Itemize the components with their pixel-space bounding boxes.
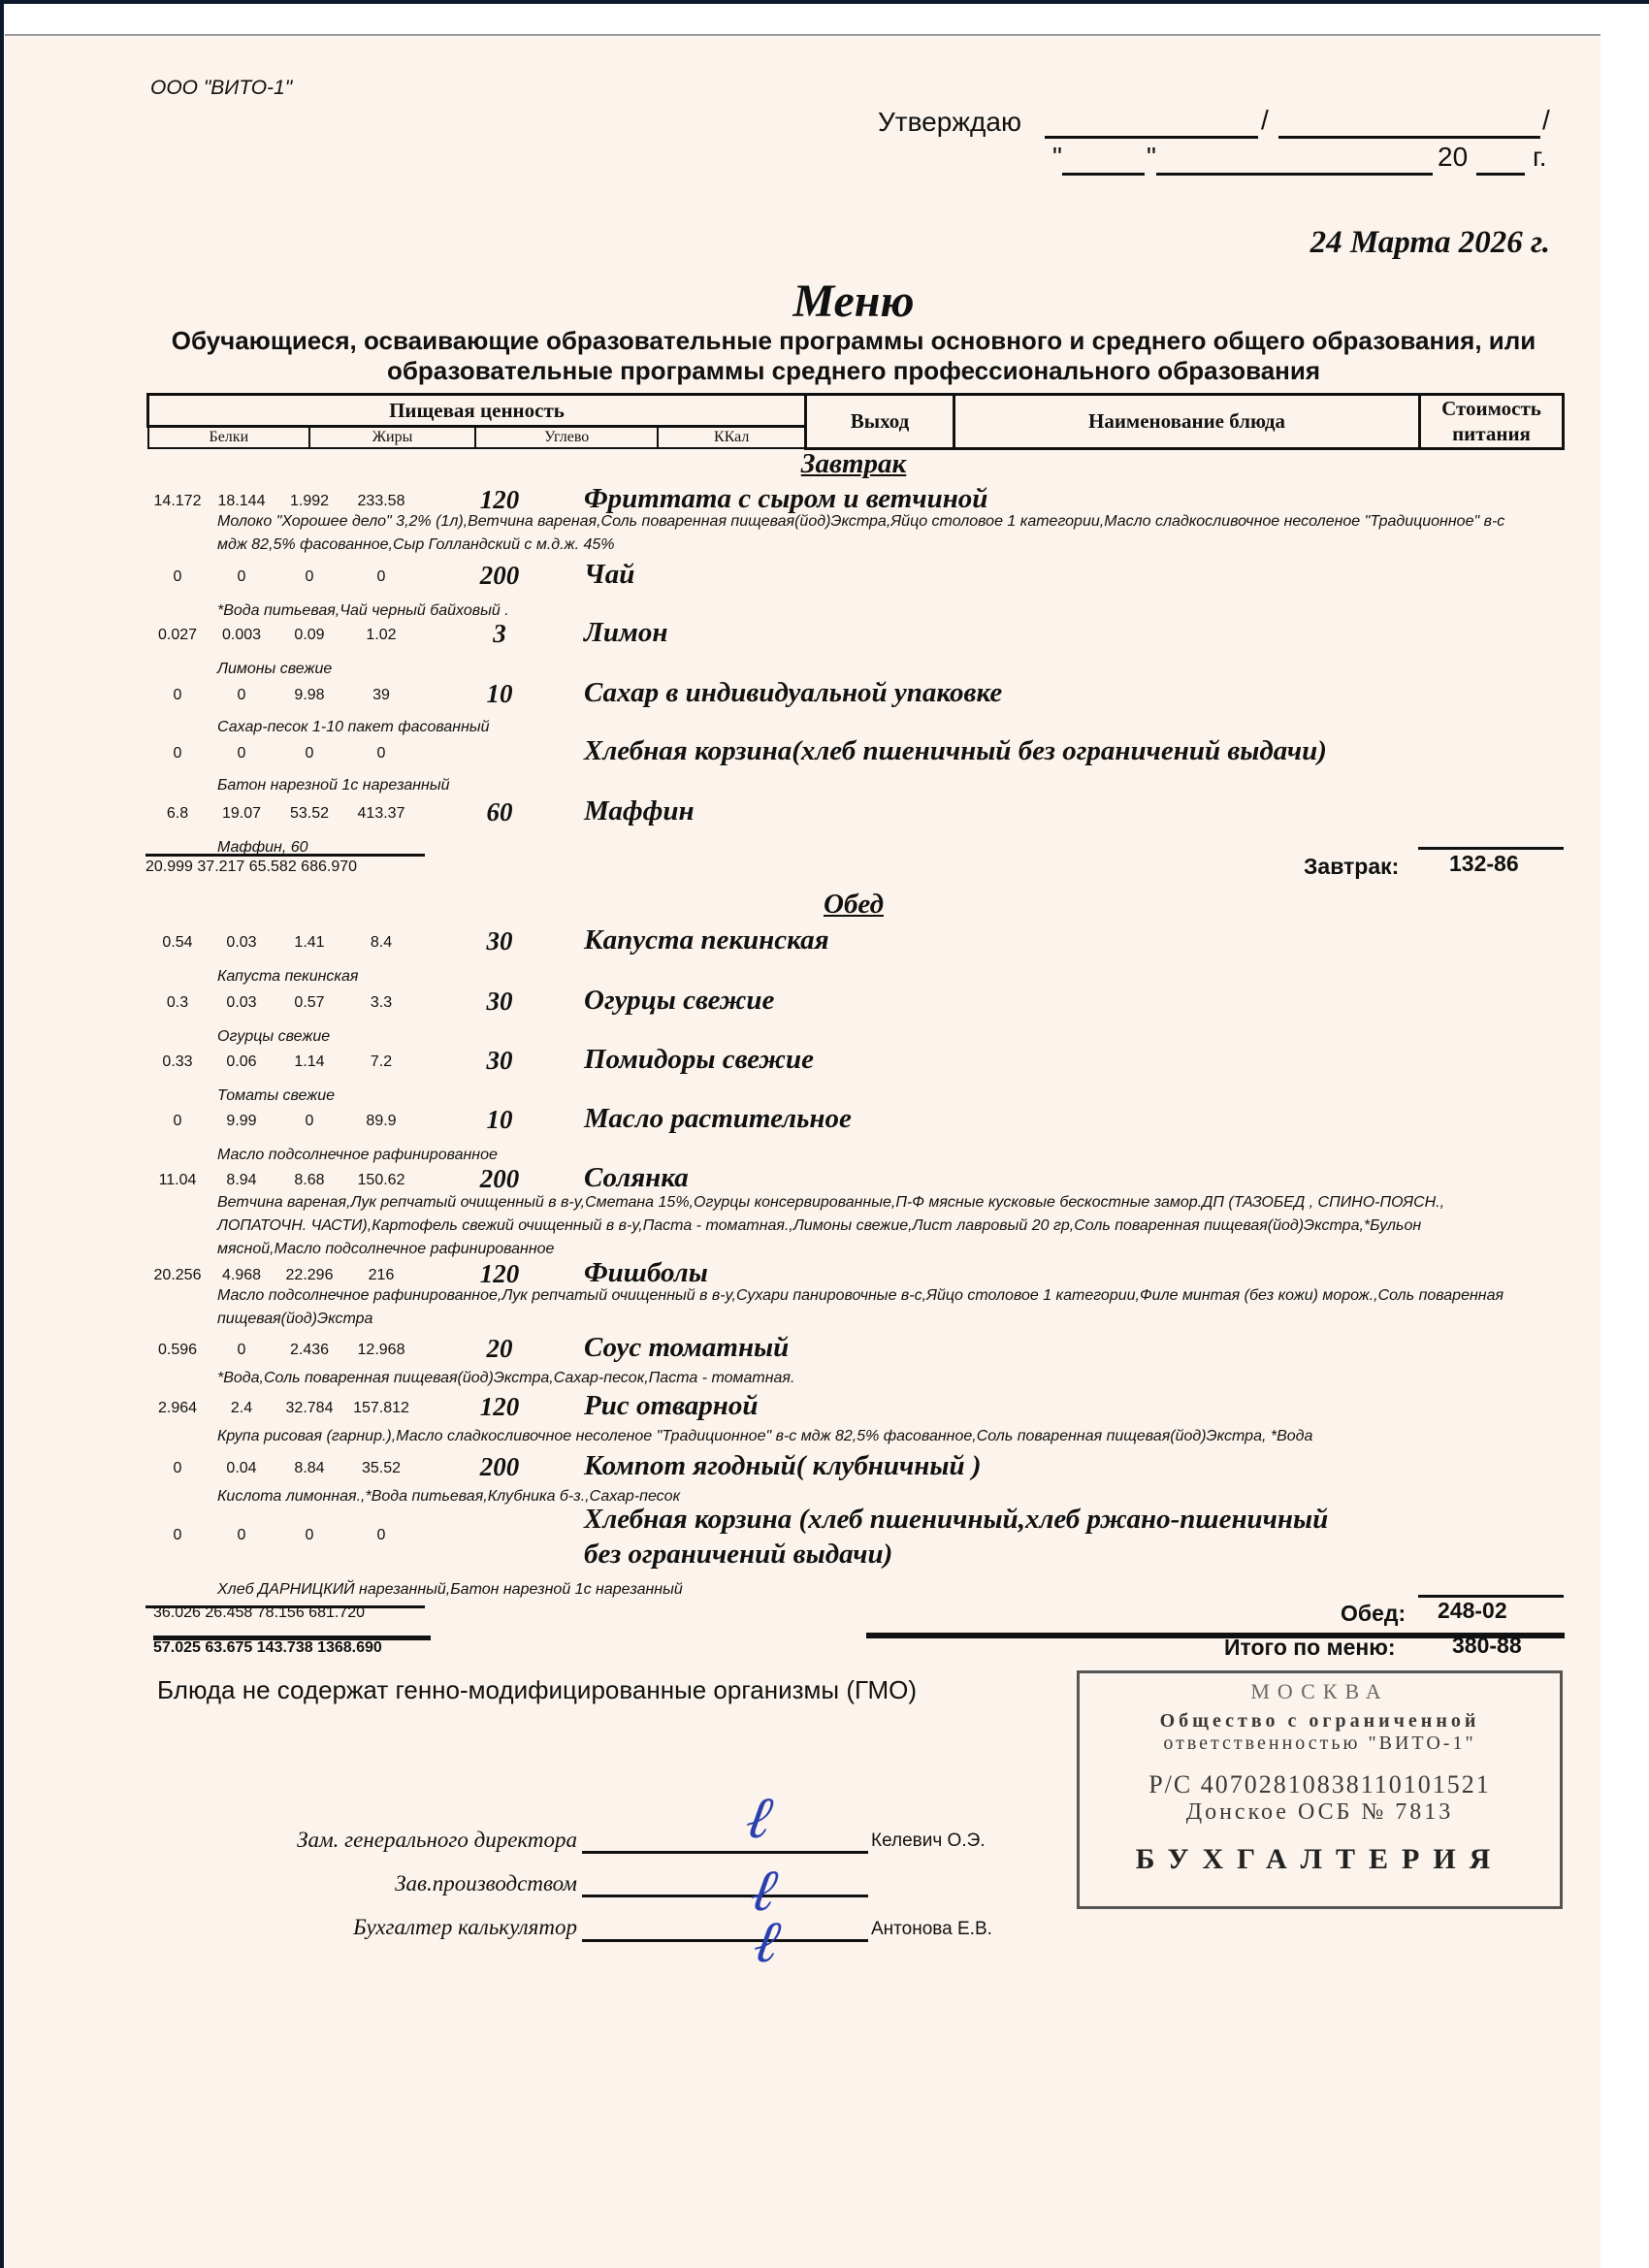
lunch-nutrition-totals: 36.026 26.458 78.156 681.720 — [153, 1604, 365, 1622]
item-protein: 0 — [144, 1113, 211, 1130]
menu-item: 14.17218.1441.992233.58120Фриттата с сыр… — [0, 485, 1649, 514]
signature-line-deputy-director — [582, 1851, 868, 1854]
item-protein: 20.256 — [144, 1267, 211, 1284]
item-fat: 0 — [208, 687, 275, 704]
item-fat: 0 — [208, 745, 275, 762]
menu-item: 0.540.031.418.430Капуста пекинскаяКапуст… — [0, 926, 1649, 956]
signature-line-accountant — [582, 1939, 868, 1942]
menu-item: 20.2564.96822.296216120ФишболыМасло подс… — [0, 1259, 1649, 1288]
lunch-total-fat: 26.458 — [205, 1604, 252, 1621]
date-year-prefix: 20 — [1438, 142, 1468, 173]
item-fat: 9.99 — [208, 1113, 275, 1130]
item-dish-name: Чай — [584, 559, 634, 591]
approve-label: Утверждаю — [878, 107, 1021, 138]
breakfast-total-kcal: 686.970 — [301, 859, 357, 875]
item-protein: 0.027 — [144, 627, 211, 644]
lunch-cost-label: Обед: — [1341, 1601, 1406, 1627]
item-kcal: 8.4 — [347, 934, 415, 952]
yield-header: Выход — [806, 395, 954, 449]
lunch-cost-value: 248-02 — [1438, 1598, 1507, 1624]
item-kcal: 12.968 — [347, 1342, 415, 1359]
item-carbs: 0 — [275, 568, 343, 586]
item-kcal: 0 — [347, 568, 415, 586]
item-kcal: 413.37 — [347, 805, 415, 823]
breakfast-nutrition-totals: 20.999 37.217 65.582 686.970 — [145, 859, 357, 876]
grand-total-kcal: 1368.690 — [317, 1639, 382, 1656]
item-carbs: 32.784 — [275, 1400, 343, 1417]
item-dish-name: Масло растительное — [584, 1103, 852, 1135]
item-protein: 0 — [144, 745, 211, 762]
item-protein: 2.964 — [144, 1400, 211, 1417]
kcal-header: ККал — [658, 427, 805, 449]
signature-name-accountant: Антонова Е.В. — [871, 1919, 992, 1940]
item-fat: 18.144 — [208, 493, 275, 510]
dish-name-header: Наименование блюда — [954, 395, 1420, 449]
section-title-lunch: Обед — [0, 889, 1649, 921]
lunch-total-carbs: 78.156 — [257, 1604, 305, 1621]
breakfast-cost-rule — [1418, 847, 1564, 850]
item-yield: 30 — [456, 926, 543, 956]
item-ingredients: Молоко "Хорошее дело" 3,2% (1л),Ветчина … — [217, 510, 1517, 557]
item-yield: 30 — [456, 1046, 543, 1076]
item-ingredients: *Вода,Соль поваренная пищевая(йод)Экстра… — [217, 1367, 1517, 1390]
item-dish-name: Компот ягодный( клубничный ) — [584, 1450, 982, 1482]
item-protein: 0 — [144, 568, 211, 586]
menu-item: 11.048.948.68150.62200СолянкаВетчина вар… — [0, 1164, 1649, 1193]
date-day-line — [1062, 173, 1145, 176]
item-carbs: 0.09 — [275, 627, 343, 644]
stamp-line1: Общество с ограниченной — [1080, 1710, 1560, 1733]
section-title-breakfast: Завтрак — [0, 448, 1649, 480]
item-ingredients: Ветчина вареная,Лук репчатый очищенный в… — [217, 1191, 1517, 1261]
breakfast-cost-value: 132-86 — [1449, 851, 1519, 877]
item-yield: 200 — [456, 1164, 543, 1194]
item-carbs: 2.436 — [275, 1342, 343, 1359]
item-carbs: 8.68 — [275, 1172, 343, 1189]
gmo-note: Блюда не содержат генно-модифицированные… — [157, 1675, 917, 1705]
item-kcal: 216 — [347, 1267, 415, 1284]
item-dish-name: Огурцы свежие — [584, 985, 774, 1017]
item-protein: 6.8 — [144, 805, 211, 823]
breakfast-total-protein: 20.999 — [145, 859, 193, 875]
item-fat: 0.03 — [208, 994, 275, 1012]
breakfast-total-fat: 37.217 — [197, 859, 244, 875]
item-fat: 2.4 — [208, 1400, 275, 1417]
document-date: 24 Марта 2026 г. — [1310, 225, 1550, 261]
breakfast-total-rule — [145, 854, 425, 857]
grand-total-carbs: 143.738 — [257, 1639, 313, 1656]
nutrition-group-header: Пищевая ценность — [148, 395, 806, 427]
breakfast-cost-label: Завтрак: — [1304, 854, 1399, 880]
stamp-department: БУХГАЛТЕРИЯ — [1080, 1843, 1560, 1876]
item-carbs: 1.41 — [275, 934, 343, 952]
item-protein: 0.596 — [144, 1342, 211, 1359]
stamp-bank: Донское ОСБ № 7813 — [1080, 1799, 1560, 1826]
stamp-line2: ответственностью "ВИТО-1" — [1080, 1733, 1560, 1755]
menu-item: 6.819.0753.52413.3760МаффинМаффин, 60 — [0, 797, 1649, 826]
item-dish-name: Хлебная корзина(хлеб пшеничный без огран… — [584, 735, 1327, 767]
item-ingredients: Батон нарезной 1с нарезанный — [217, 774, 1517, 797]
item-dish-name-line2: без ограничений выдачи) — [584, 1539, 892, 1571]
item-kcal: 150.62 — [347, 1172, 415, 1189]
item-protein: 14.172 — [144, 493, 211, 510]
item-ingredients: Хлеб ДАРНИЦКИЙ нарезанный,Батон нарезной… — [217, 1578, 1517, 1602]
page-subtitle: Обучающиеся, осваивающие образовательные… — [145, 326, 1562, 386]
date-year-line — [1476, 173, 1525, 176]
item-kcal: 3.3 — [347, 994, 415, 1012]
date-quote-open: " — [1052, 142, 1062, 173]
menu-item: 0.59602.43612.96820Соус томатный*Вода,Со… — [0, 1334, 1649, 1363]
stamp-account: Р/С 40702810838110101521 — [1080, 1770, 1560, 1799]
item-carbs: 1.992 — [275, 493, 343, 510]
item-fat: 0.04 — [208, 1460, 275, 1477]
signature-name-deputy-director: Келевич О.Э. — [871, 1831, 986, 1852]
item-kcal: 1.02 — [347, 627, 415, 644]
item-fat: 0 — [208, 1527, 275, 1544]
item-dish-name: Сахар в индивидуальной упаковке — [584, 677, 1002, 709]
menu-total-label: Итого по меню: — [1224, 1635, 1396, 1661]
item-yield: 20 — [456, 1334, 543, 1364]
menu-item: 009.983910Сахар в индивидуальной упаковк… — [0, 679, 1649, 708]
stamp-city: МОСКВА — [1080, 1679, 1560, 1704]
item-dish-name: Рис отварной — [584, 1390, 759, 1422]
item-dish-name: Маффин — [584, 795, 695, 827]
company-stamp: МОСКВА Общество с ограниченной ответстве… — [1077, 1670, 1563, 1909]
approve-name-line — [1278, 136, 1540, 139]
breakfast-total-carbs: 65.582 — [249, 859, 297, 875]
menu-item: 0.30.030.573.330Огурцы свежиеОгурцы свеж… — [0, 987, 1649, 1016]
item-ingredients: Капуста пекинская — [217, 965, 1517, 988]
item-protein: 0.3 — [144, 994, 211, 1012]
approve-slash: / — [1261, 105, 1269, 136]
item-yield: 120 — [456, 1392, 543, 1422]
item-kcal: 0 — [347, 745, 415, 762]
item-yield: 200 — [456, 561, 543, 591]
item-fat: 0.003 — [208, 627, 275, 644]
item-carbs: 8.84 — [275, 1460, 343, 1477]
signature-role-deputy-director: Зам. генерального директора — [257, 1828, 577, 1853]
signature-role-production-head: Зав.производством — [257, 1871, 577, 1896]
menu-item: 00.048.8435.52200Компот ягодный( клубнич… — [0, 1452, 1649, 1481]
item-kcal: 0 — [347, 1527, 415, 1544]
item-protein: 0 — [144, 1527, 211, 1544]
approve-slash-end: / — [1542, 105, 1550, 136]
item-dish-name: Хлебная корзина (хлеб пшеничный,хлеб ржа… — [584, 1504, 1328, 1536]
item-fat: 4.968 — [208, 1267, 275, 1284]
item-protein: 0 — [144, 687, 211, 704]
item-yield: 3 — [456, 619, 543, 649]
item-kcal: 157.812 — [347, 1400, 415, 1417]
item-dish-name: Помидоры свежие — [584, 1044, 814, 1076]
item-yield: 10 — [456, 1105, 543, 1135]
item-kcal: 89.9 — [347, 1113, 415, 1130]
item-carbs: 22.296 — [275, 1267, 343, 1284]
item-fat: 0 — [208, 568, 275, 586]
item-fat: 0.03 — [208, 934, 275, 952]
grand-nutrition-totals: 57.025 63.675 143.738 1368.690 — [153, 1639, 382, 1657]
item-yield: 200 — [456, 1452, 543, 1482]
item-carbs: 0 — [275, 745, 343, 762]
lunch-total-protein: 36.026 — [153, 1604, 201, 1621]
carbs-header: Углево — [475, 427, 659, 449]
fat-header: Жиры — [309, 427, 475, 449]
scan-edge-left — [0, 0, 4, 2268]
item-protein: 0.33 — [144, 1053, 211, 1071]
item-dish-name: Солянка — [584, 1162, 689, 1194]
signature-line-production-head — [582, 1895, 868, 1897]
cost-header-line2: питания — [1421, 421, 1562, 446]
date-quote-close: " — [1147, 142, 1156, 173]
item-dish-name: Лимон — [584, 617, 668, 649]
item-ingredients: Крупа рисовая (гарнир.),Масло сладкослив… — [217, 1425, 1517, 1448]
organization-name: ООО "ВИТО-1" — [150, 77, 292, 100]
menu-item: 0.330.061.147.230Помидоры свежиеТоматы с… — [0, 1046, 1649, 1075]
item-fat: 19.07 — [208, 805, 275, 823]
date-month-line — [1156, 173, 1433, 176]
item-fat: 8.94 — [208, 1172, 275, 1189]
signature-role-accountant: Бухгалтер калькулятор — [257, 1915, 577, 1940]
item-kcal: 35.52 — [347, 1460, 415, 1477]
page-title: Меню — [0, 275, 1649, 328]
item-carbs: 0.57 — [275, 994, 343, 1012]
grand-total-fat: 63.675 — [205, 1639, 252, 1656]
item-fat: 0.06 — [208, 1053, 275, 1071]
protein-header: Белки — [148, 427, 310, 449]
grand-total-protein: 57.025 — [153, 1639, 201, 1656]
item-yield: 30 — [456, 987, 543, 1017]
item-yield: 60 — [456, 797, 543, 827]
item-carbs: 9.98 — [275, 687, 343, 704]
cost-header: Стоимость питания — [1420, 395, 1564, 449]
item-fat: 0 — [208, 1342, 275, 1359]
item-kcal: 39 — [347, 687, 415, 704]
item-kcal: 7.2 — [347, 1053, 415, 1071]
cost-header-line1: Стоимость — [1421, 396, 1562, 421]
item-protein: 0.54 — [144, 934, 211, 952]
menu-item: 0000200Чай*Вода питьевая,Чай черный байх… — [0, 561, 1649, 590]
menu-total-value: 380-88 — [1452, 1633, 1522, 1659]
item-dish-name: Соус томатный — [584, 1332, 789, 1364]
item-protein: 11.04 — [144, 1172, 211, 1189]
item-carbs: 53.52 — [275, 805, 343, 823]
item-kcal: 233.58 — [347, 493, 415, 510]
item-ingredients: Масло подсолнечное рафинированное,Лук ре… — [217, 1284, 1517, 1331]
menu-item: 0000Хлебная корзина (хлеб пшеничный,хлеб… — [0, 1506, 1649, 1535]
menu-item: 0000Хлебная корзина(хлеб пшеничный без о… — [0, 737, 1649, 766]
scan-edge-top — [0, 0, 1649, 4]
item-yield: 10 — [456, 679, 543, 709]
date-year-suffix: г. — [1533, 142, 1547, 173]
item-carbs: 1.14 — [275, 1053, 343, 1071]
item-carbs: 0 — [275, 1113, 343, 1130]
approve-signature-line — [1045, 136, 1258, 139]
item-carbs: 0 — [275, 1527, 343, 1544]
item-dish-name: Капуста пекинская — [584, 924, 829, 956]
menu-item: 2.9642.432.784157.812120Рис отварнойКруп… — [0, 1392, 1649, 1421]
item-protein: 0 — [144, 1460, 211, 1477]
menu-item: 0.0270.0030.091.023ЛимонЛимоны свежие — [0, 619, 1649, 648]
lunch-total-kcal: 681.720 — [308, 1604, 365, 1621]
menu-table-header: Пищевая ценность Выход Наименование блюд… — [146, 393, 1565, 450]
menu-item: 09.99089.910Масло растительноеМасло подс… — [0, 1105, 1649, 1134]
